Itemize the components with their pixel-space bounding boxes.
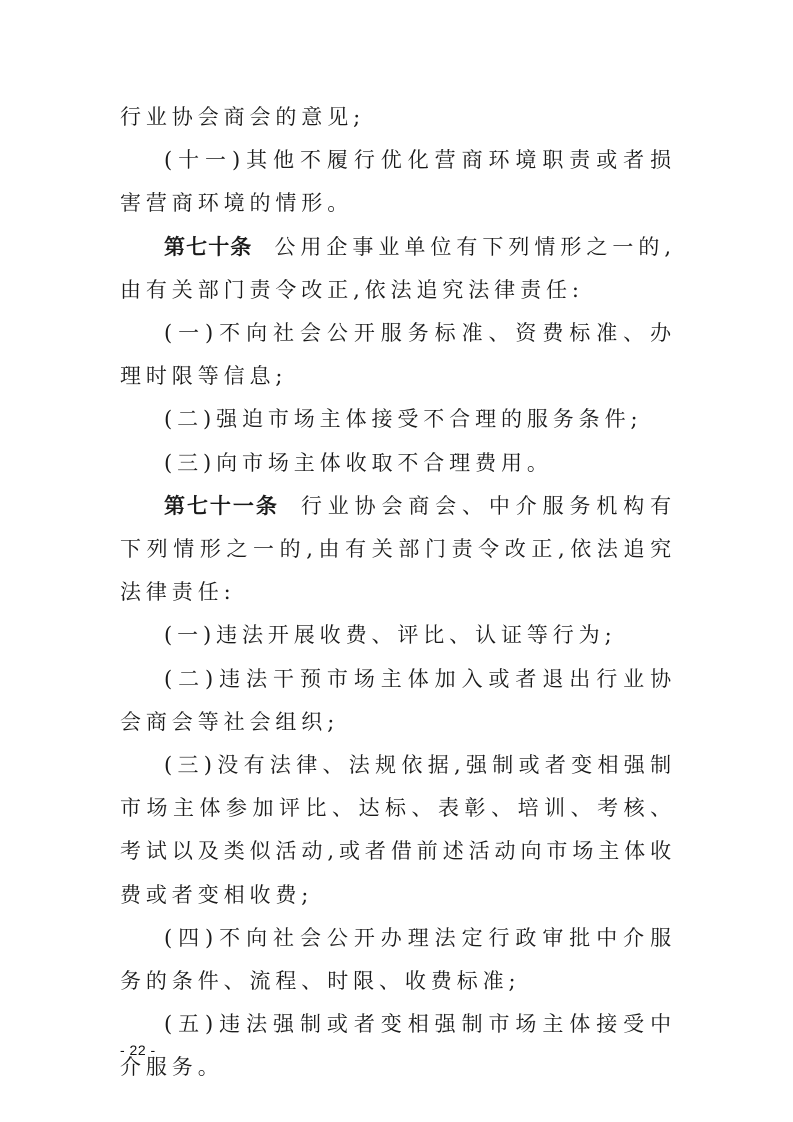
page-number: - 22 - [120,1042,156,1058]
document-body: 行业协会商会的意见; (十一)其他不履行优化营商环境职责或者损害营商环境的情形。… [120,96,676,1090]
article-71-item-2: (二)违法干预市场主体加入或者退出行业协会商会等社会组织; [120,658,676,744]
paragraph-continuation: 行业协会商会的意见; [120,96,676,139]
article-70: 第七十条公用企事业单位有下列情形之一的,由有关部门责令改正,依法追究法律责任: [120,226,676,312]
article-71-item-1: (一)违法开展收费、评比、认证等行为; [120,614,676,657]
article-70-item-2: (二)强迫市场主体接受不合理的服务条件; [120,398,676,441]
article-71-heading: 第七十一条 [164,494,279,518]
article-71-item-4: (四)不向社会公开办理法定行政审批中介服务的条件、流程、时限、收费标准; [120,917,676,1003]
document-page: 行业协会商会的意见; (十一)其他不履行优化营商环境职责或者损害营商环境的情形。… [0,0,793,1122]
article-71-item-5: (五)违法强制或者变相强制市场主体接受中介服务。 [120,1003,676,1089]
article-71: 第七十一条行业协会商会、中介服务机构有下列情形之一的,由有关部门责令改正,依法追… [120,485,676,615]
article-71-item-3: (三)没有法律、法规依据,强制或者变相强制市场主体参加评比、达标、表彰、培训、考… [120,744,676,917]
list-item-11: (十一)其他不履行优化营商环境职责或者损害营商环境的情形。 [120,139,676,225]
article-70-heading: 第七十条 [164,235,252,259]
article-70-item-3: (三)向市场主体收取不合理费用。 [120,442,676,485]
article-70-item-1: (一)不向社会公开服务标准、资费标准、办理时限等信息; [120,312,676,398]
